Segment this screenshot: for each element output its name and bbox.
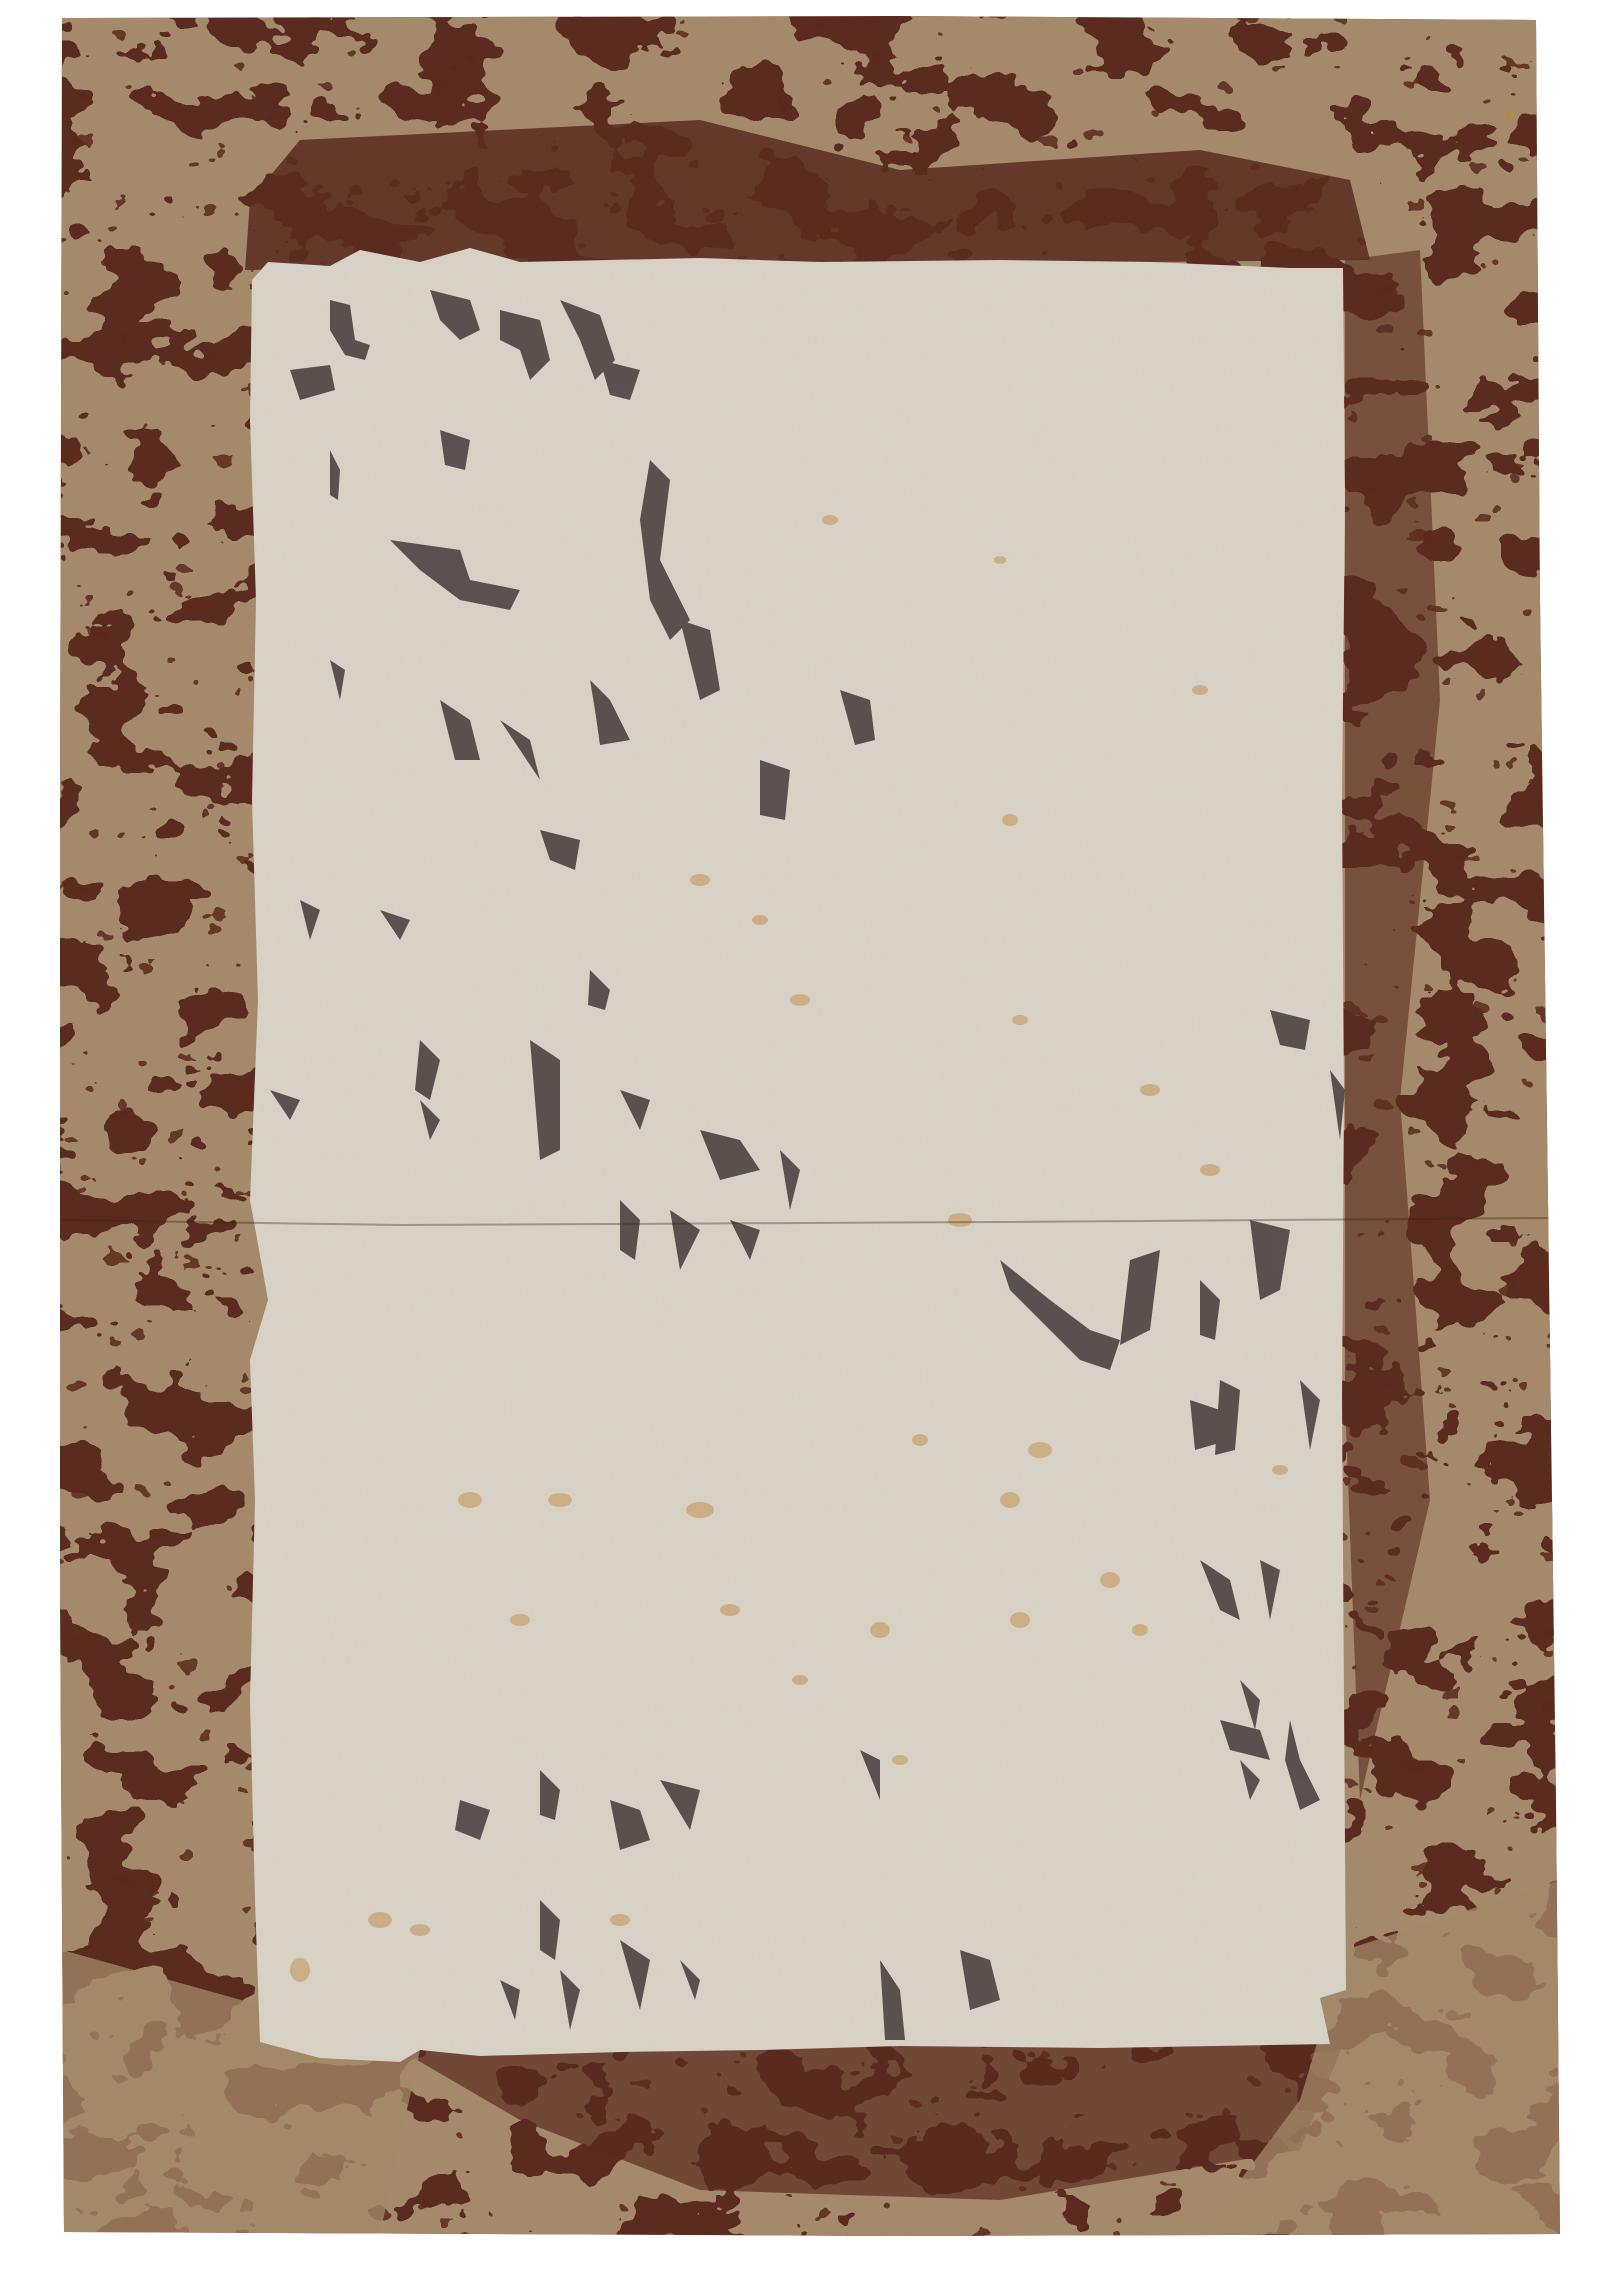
rug	[0, 0, 1600, 2271]
rug-photo	[0, 0, 1600, 2271]
